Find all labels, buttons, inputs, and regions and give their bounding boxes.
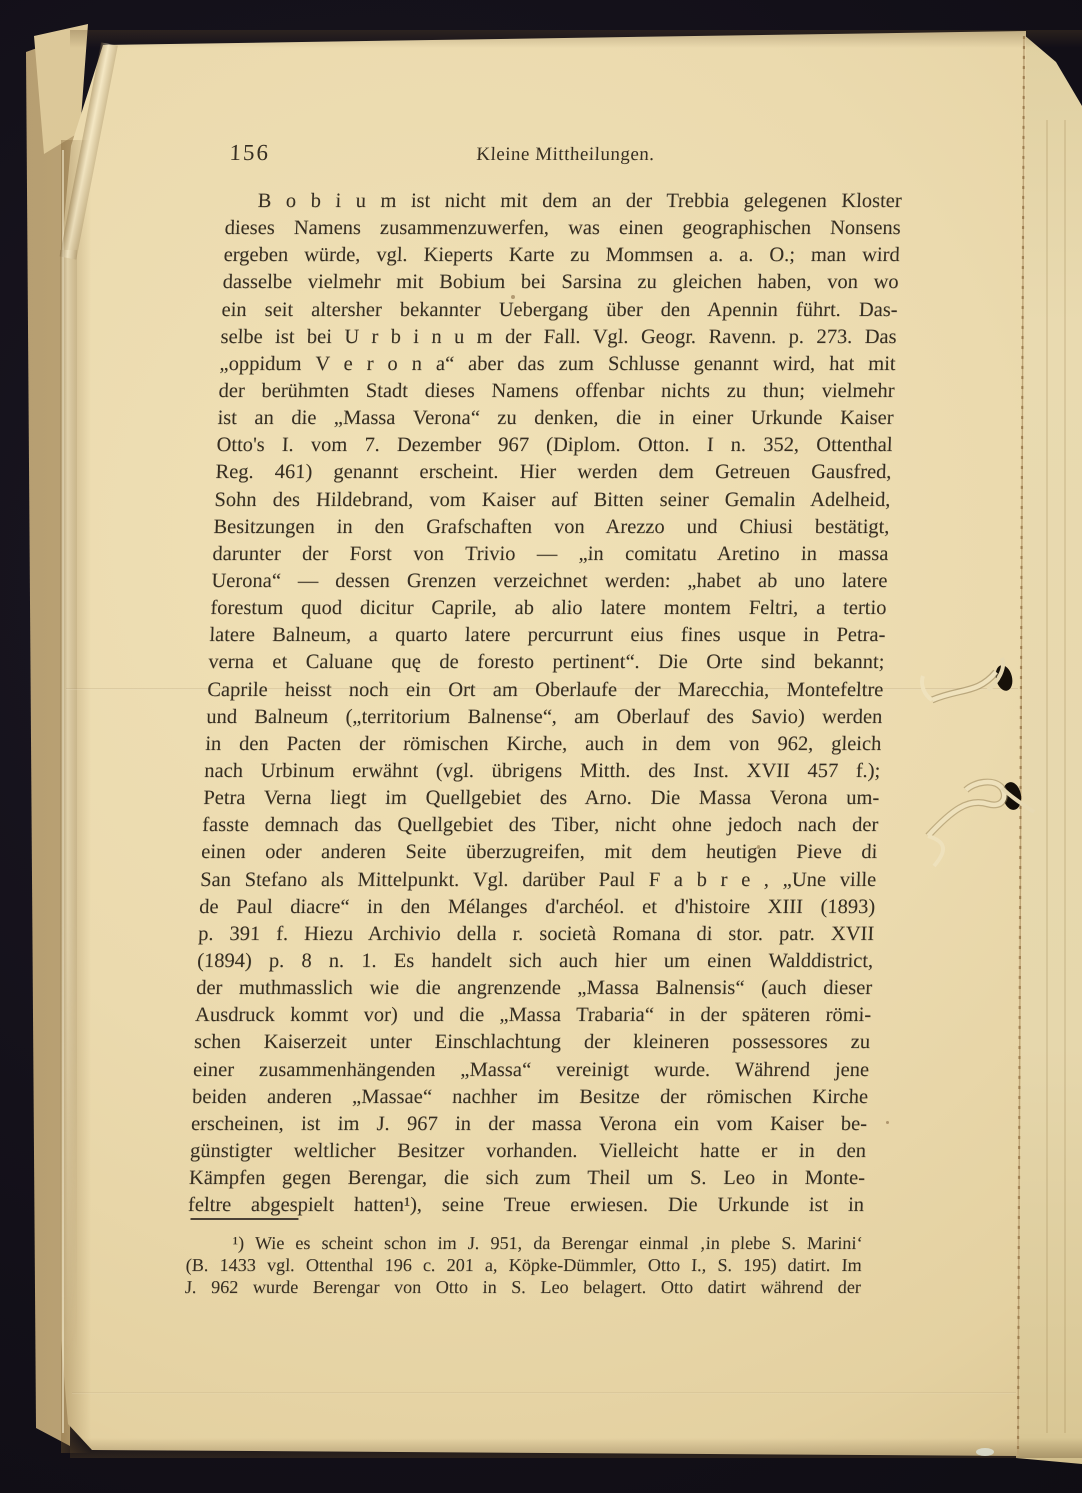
body-line: feltre abgespielt hatten¹), seine Treue … [187, 1192, 864, 1219]
body-line: latere Balneum, a quarto latere percurru… [209, 622, 886, 649]
footnote-rule [190, 1218, 298, 1220]
body-line: forestum quod dicitur Caprile, ab alio l… [210, 595, 887, 622]
body-line: nach Urbinum erwähnt (vgl. übrigens Mitt… [204, 758, 881, 785]
footnote: ¹) Wie es scheint schon im J. 951, da Be… [185, 1232, 863, 1298]
body-line: Petra Verna liegt im Quellgebiet des Arn… [203, 785, 880, 812]
paper-speck [886, 1121, 889, 1124]
body-line: Uerona“ — dessen Grenzen verzeichnet wer… [211, 568, 888, 595]
body-text: B o b i u m ist nicht mit dem an der Tre… [187, 188, 902, 1219]
body-line: (1894) p. 8 n. 1. Es handelt sich auch h… [197, 948, 874, 975]
body-line: in den Pacten der römischen Kirche, auch… [205, 731, 882, 758]
body-line: dieses Namens zusammenzuwerfen, was eine… [224, 215, 901, 242]
body-line: ergeben würde, vgl. Kieperts Karte zu Mo… [223, 242, 900, 269]
body-line: beiden anderen „Massae“ nachher im Besit… [192, 1084, 869, 1111]
scanned-book-page: 156 Kleine Mittheilungen. B o b i u m is… [0, 0, 1082, 1493]
body-line: p. 391 f. Hiezu Archivio della r. societ… [198, 921, 875, 948]
glossy-spot [976, 1448, 994, 1456]
body-line: Ausdruck kommt vor) und die „Massa Traba… [195, 1002, 872, 1029]
body-line: San Stefano als Mittelpunkt. Vgl. darübe… [200, 867, 877, 894]
printed-text-block: 156 Kleine Mittheilungen. B o b i u m is… [183, 140, 904, 1340]
page-top-shadow [70, 30, 1082, 48]
body-line: der berühmten Stadt dieses Namens offenb… [218, 378, 895, 405]
body-line: fasste demnach das Quellgebiet des Tiber… [202, 812, 879, 839]
body-line: Caprile heisst noch ein Ort am Oberlaufe… [207, 677, 884, 704]
body-line: Kämpfen gegen Berengar, die sich zum The… [188, 1165, 865, 1192]
horizontal-crease [72, 1392, 1016, 1394]
fore-edge-line [1046, 120, 1048, 1433]
body-line: erscheinen, ist im J. 967 in der massa V… [191, 1111, 868, 1138]
body-line: Sohn des Hildebrand, vom Kaiser auf Bitt… [214, 487, 891, 514]
fore-edge-line [1064, 120, 1066, 1433]
body-line: selbe ist bei U r b i n u m der Fall. Vg… [220, 324, 897, 351]
body-line: ist an die „Massa Verona“ zu denken, die… [217, 405, 894, 432]
left-fold-crease [60, 250, 77, 1370]
body-line: verna et Caluane quę de foresto pertinen… [208, 649, 885, 676]
body-line: schen Kaiserzeit unter Einschlachtung de… [194, 1029, 871, 1056]
body-line: Besitzungen in den Grafschaften von Arez… [213, 514, 890, 541]
page-header-row: 156 Kleine Mittheilungen. [226, 140, 904, 180]
body-line: de Paul diacre“ in den Mélanges d'archéo… [199, 894, 876, 921]
page-number: 156 [229, 140, 270, 166]
footnote-line: ¹) Wie es scheint schon im J. 951, da Be… [186, 1232, 863, 1254]
body-line: der muthmasslich wie die angrenzende „Ma… [196, 975, 873, 1002]
footnote-line: J. 962 wurde Berengar von Otto in S. Leo… [185, 1276, 862, 1298]
footnote-line: (B. 1433 vgl. Ottenthal 196 c. 201 a, Kö… [185, 1254, 862, 1276]
body-line: Reg. 461) genannt erscheint. Hier werden… [215, 459, 892, 486]
body-line: darunter der Forst von Trivio — „in comi… [212, 541, 889, 568]
body-line: B o b i u m ist nicht mit dem an der Tre… [225, 188, 902, 215]
body-line: und Balneum („territorium Balnense“, am … [206, 704, 883, 731]
body-line: ein seit altersher bekannter Uebergang ü… [221, 297, 898, 324]
body-line: Otto's I. vom 7. Dezember 967 (Diplom. O… [216, 432, 893, 459]
body-line: einen oder anderen Seite überzugreifen, … [201, 839, 878, 866]
body-line: günstigter weltlicher Besitzer vorhanden… [190, 1138, 867, 1165]
page-bottom-shadow [70, 1438, 1082, 1458]
body-line: „oppidum V e r o n a“ aber das zum Schlu… [219, 351, 896, 378]
body-line: dasselbe vielmehr mit Bobium bei Sarsina… [222, 269, 899, 296]
body-line: einer zusammenhängenden „Massa“ vereinig… [193, 1057, 870, 1084]
running-header: Kleine Mittheilungen. [476, 144, 655, 166]
